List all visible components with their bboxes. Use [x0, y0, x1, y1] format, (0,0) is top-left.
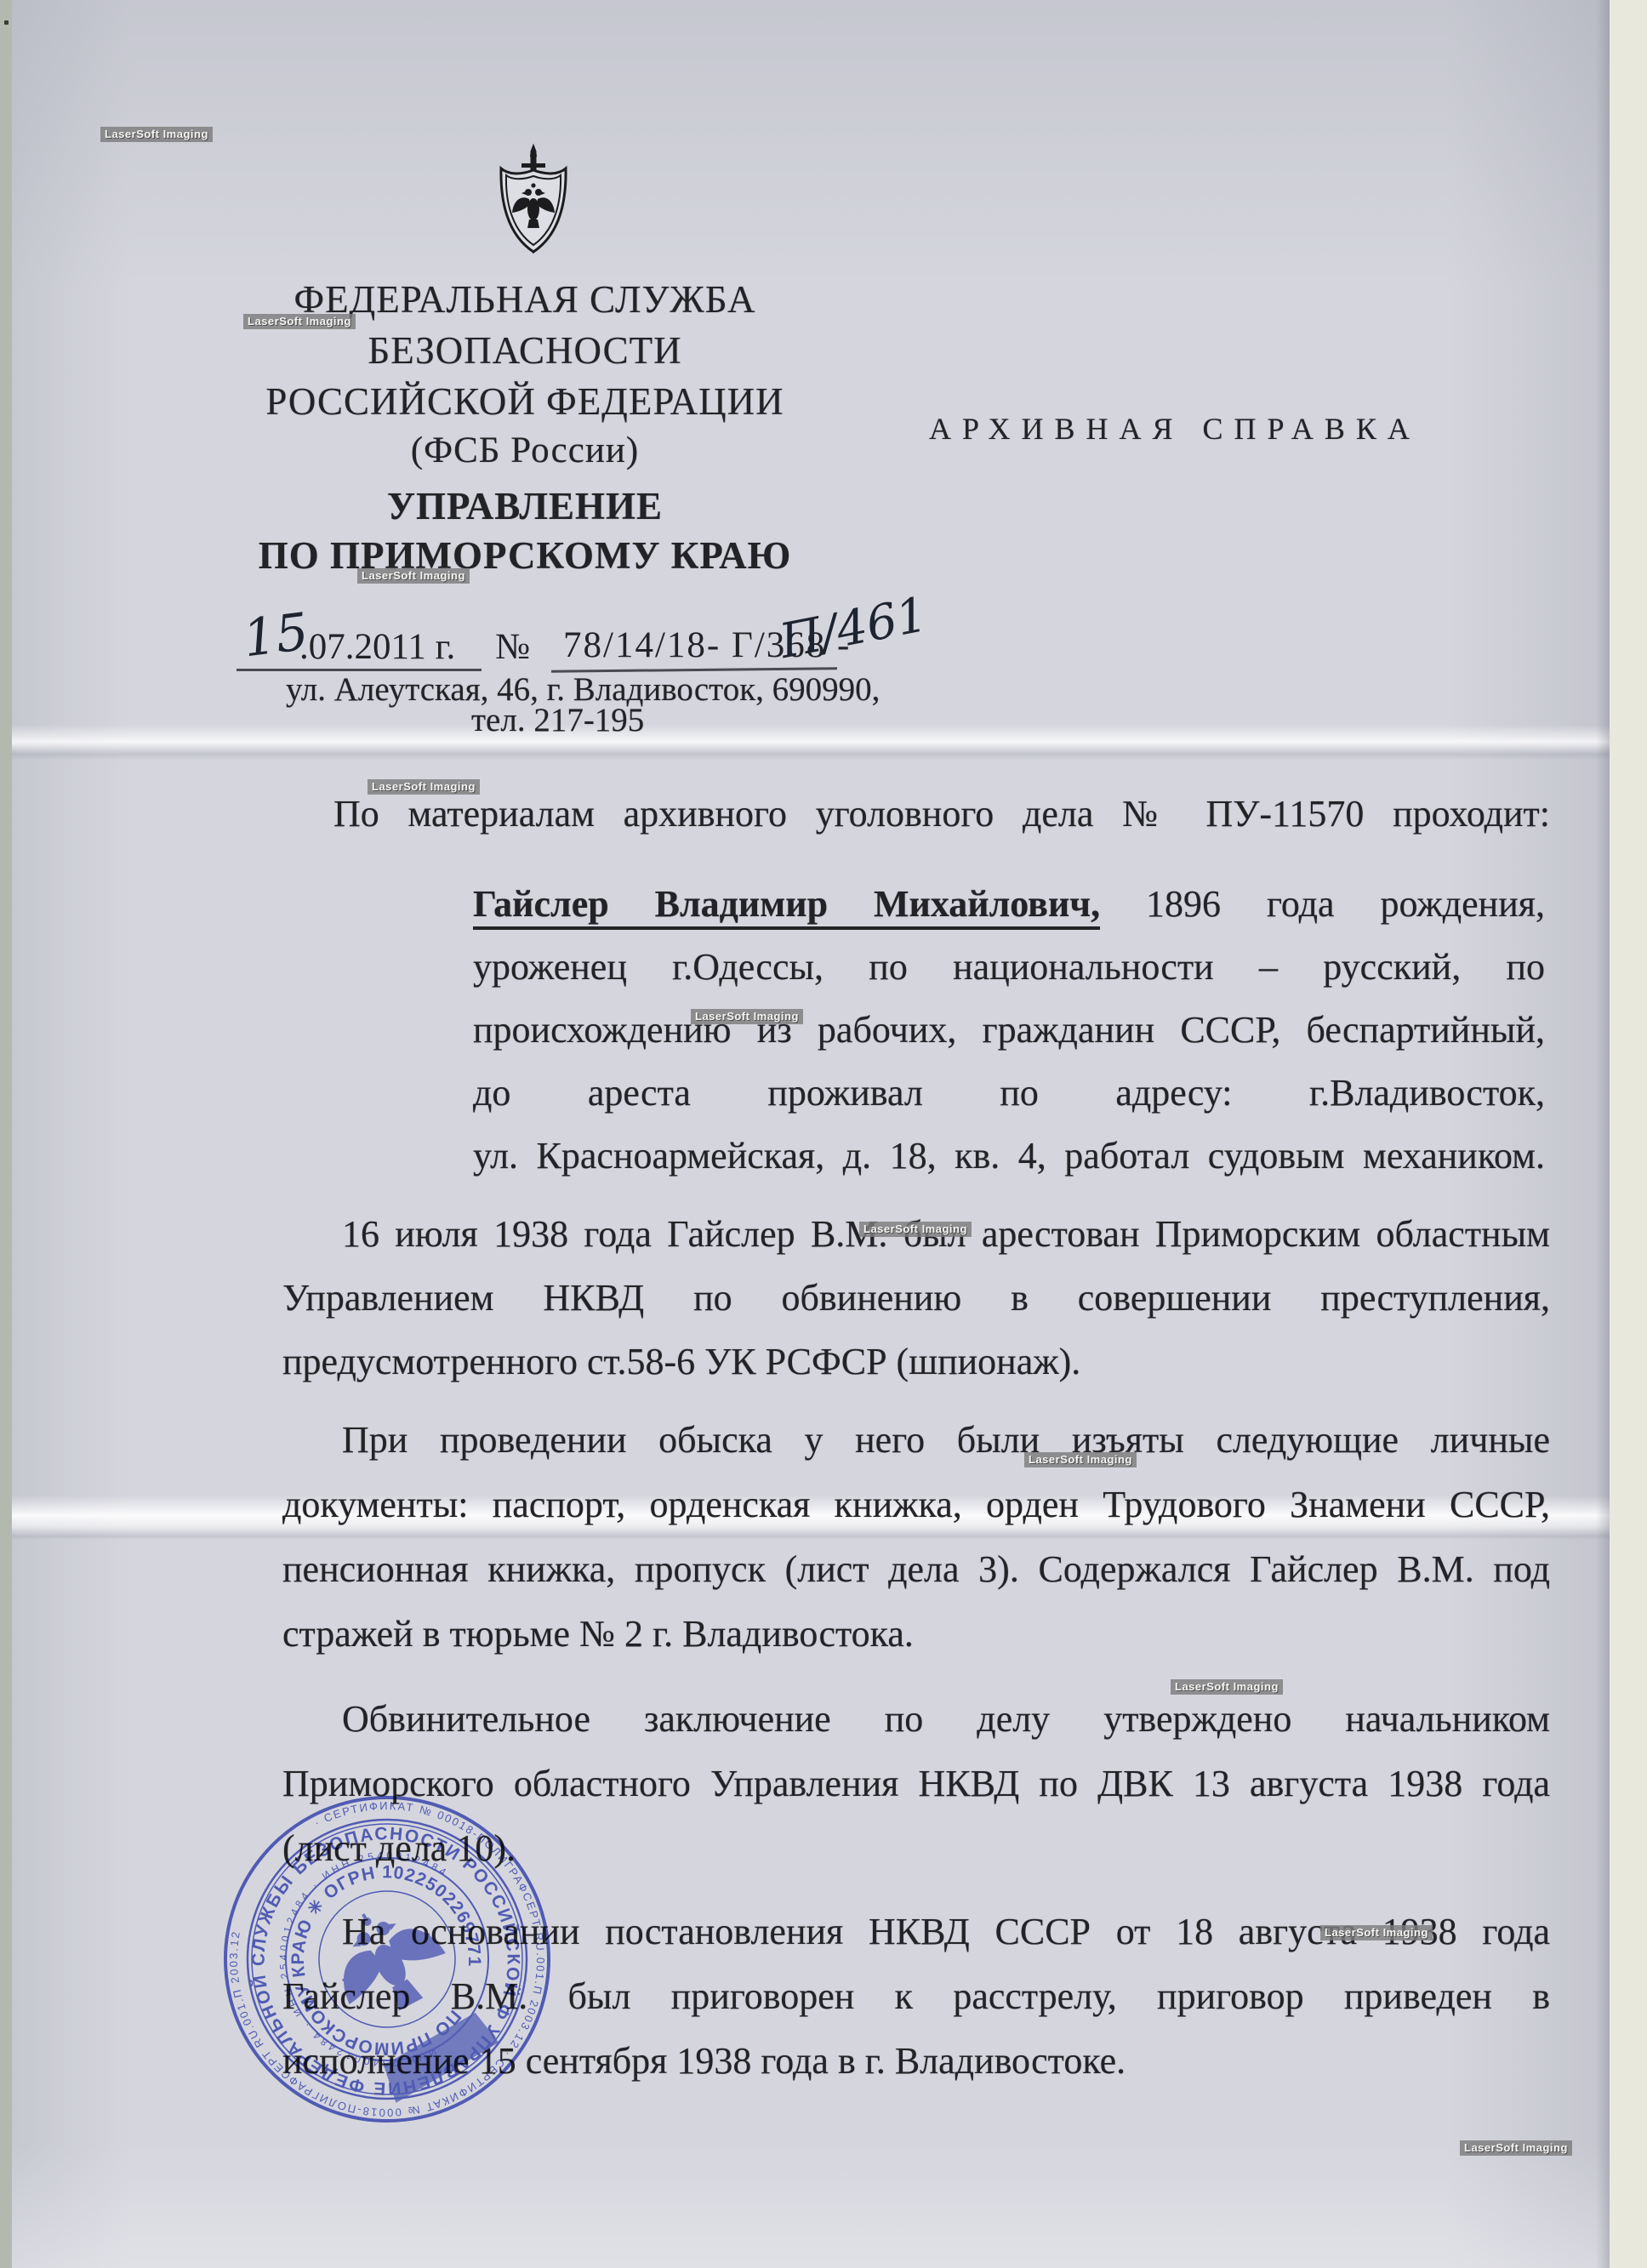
org-division: УПРАВЛЕНИЕ	[227, 482, 823, 531]
org-name-line: БЕЗОПАСНОСТИ	[227, 325, 823, 376]
watermark-badge: LaserSoft Imaging	[691, 1009, 803, 1024]
intro-text: По материалам архивного уголовного дела …	[333, 793, 1550, 835]
paper-shading	[12, 0, 1610, 289]
watermark-badge: LaserSoft Imaging	[1320, 1925, 1433, 1940]
official-stamp: · СЕРТИФИКАТ № 00018-ПОЛИГРАФСЕРТ RU.001…	[211, 1783, 563, 2135]
text-line: до ареста проживал по адресу: г.Владивос…	[473, 1062, 1545, 1125]
text-line: стражей в тюрьме № 2 г. Владивостока.	[282, 1602, 1550, 1667]
text-line: уроженец г.Одессы, по национальности – р…	[473, 936, 1545, 999]
ref-number-sign: №	[495, 626, 530, 668]
org-name-line: РОССИЙСКОЙ ФЕДЕРАЦИИ	[227, 376, 823, 427]
paper-edge-shadow	[1596, 0, 1610, 2268]
stamp-eagle-icon	[315, 1889, 459, 2030]
text-line: документы: паспорт, орденская книжка, ор…	[282, 1473, 1550, 1537]
text-run: 1896 года рождения,	[1100, 883, 1545, 925]
text-line: пенсионная книжка, пропуск (лист дела 3)…	[282, 1537, 1550, 1602]
watermark-badge: LaserSoft Imaging	[368, 779, 480, 795]
text-line: происхождению из рабочих, гражданин СССР…	[473, 999, 1545, 1062]
watermark-badge: LaserSoft Imaging	[1460, 2140, 1572, 2156]
scan-edge-right	[1610, 0, 1647, 2268]
scan-speck	[4, 20, 9, 25]
watermark-badge: LaserSoft Imaging	[859, 1222, 972, 1237]
text-line: предусмотренного ст.58-6 УК РСФСР (шпион…	[282, 1330, 1550, 1393]
text-line: Управлением НКВД по обвинению в совершен…	[282, 1266, 1550, 1330]
watermark-badge: LaserSoft Imaging	[357, 568, 470, 584]
watermark-badge: LaserSoft Imaging	[100, 127, 213, 142]
ref-number-handwritten: П/461	[775, 587, 932, 670]
watermark-badge: LaserSoft Imaging	[243, 314, 356, 329]
org-phone: тел. 217-195	[471, 701, 644, 739]
paper-shading	[12, 0, 131, 2268]
org-region: ПО ПРИМОРСКОМУ КРАЮ	[227, 531, 823, 580]
paragraph-search: При проведении обыска у него были изъяты…	[282, 1408, 1550, 1667]
doc-type-title: АРХИВНАЯ СПРАВКА	[929, 411, 1421, 447]
scanned-archival-certificate: ФЕДЕРАЛЬНАЯ СЛУЖБА БЕЗОПАСНОСТИ РОССИЙСК…	[0, 0, 1647, 2268]
text-run: При проведении обыска у него были изъяты…	[342, 1419, 1550, 1461]
watermark-badge: LaserSoft Imaging	[1171, 1679, 1283, 1695]
scan-edge-left	[0, 0, 12, 2268]
person-name: Гайслер Владимир Михайлович,	[473, 883, 1100, 930]
paper-shading	[12, 2144, 1610, 2268]
fsb-emblem-icon	[489, 143, 578, 262]
ref-date-printed: .07.2011 г.	[299, 626, 455, 668]
text-line: Гайслер Владимир Михайлович, 1896 года р…	[473, 873, 1545, 936]
text-run: Обвинительное заключение по делу утвержд…	[342, 1698, 1550, 1740]
paper-crease	[0, 725, 1647, 761]
text-line: ул. Красноармейская, д. 18, кв. 4, работ…	[473, 1125, 1545, 1188]
paragraph-person: Гайслер Владимир Михайлович, 1896 года р…	[473, 873, 1545, 1188]
org-abbrev: (ФСБ России)	[227, 427, 823, 475]
watermark-badge: LaserSoft Imaging	[1024, 1452, 1137, 1467]
